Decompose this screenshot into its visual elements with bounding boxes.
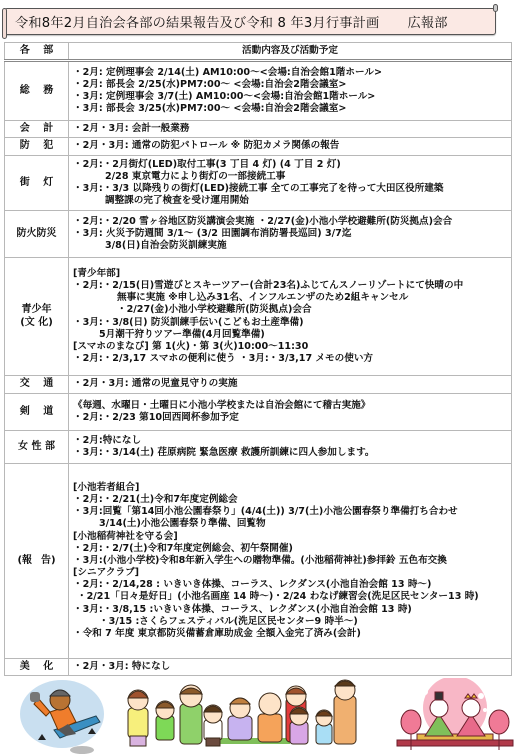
content-line: [スマホのまなび] 第 1(火)・第 3(火)10:00～11:30 (73, 341, 511, 353)
content-line: [小池稲荷神社を守る会] (73, 531, 511, 543)
row-content: ・2月・3月: 通常の児童見守りの実施 (69, 376, 512, 394)
content-line: ・2月:・2/14,28 : いきいき体操、コーラス、レクダンス(小池自治会館 … (73, 579, 511, 591)
row-content: ・2月:・2月街灯(LED)取付工事(3 丁目 4 灯) (4 丁目 2 灯) … (69, 156, 512, 211)
content-line: ・2月・3月: 通常の防犯パトロール ※ 防犯カメラ関係の報告 (73, 140, 511, 152)
content-line: 5月潮干狩りツアー準備(4月回覧準備) (73, 329, 511, 341)
content-line: ・2月:・2月街灯(LED)取付工事(3 丁目 4 灯) (4 丁目 2 灯) (73, 159, 511, 171)
label-subtext: (文 化) (5, 317, 68, 329)
content-line: ・2月・3月: 通常の児童見守りの実施 (73, 378, 511, 390)
row-label: 剣 道 (5, 394, 69, 431)
label-char: 美 (20, 661, 30, 673)
label-char: 街 (20, 177, 30, 189)
label-char: 務 (43, 85, 53, 97)
row-label: 女 性 部 (5, 431, 69, 464)
content-line: ・2月:・2/20 雪ヶ谷地区防災講演会実施 ・2/27(金)小池小学校避難所(… (73, 216, 511, 228)
content-line: 2/28 東京電力により街灯の一部接続工事 (73, 171, 511, 183)
hina-dolls-illustration (395, 678, 515, 755)
header-department: 各 部 (5, 43, 69, 61)
activity-report-table: 各 部 活動内容及び活動予定 総 務 ・2月: 定例理事会 2/14(土) AM… (4, 42, 512, 676)
row-label: 交 通 (5, 376, 69, 394)
content-line: ・2月・3月: 会計一般業務 (73, 123, 511, 135)
label-char: 会 (20, 123, 30, 135)
row-content: ・2月: 定例理事会 2/14(土) AM10:00～<会場:自治会館1階ホール… (69, 61, 512, 121)
row-label: 会 計 (5, 121, 69, 138)
label-char: 交 (20, 378, 30, 390)
content-line: ・2月:・2/3,17 スマホの便利に使う ・3月:・3/3,17 メモの使い方 (73, 353, 511, 365)
content-line: ・2月:・2/23 第10回西岡杯参加予定 (73, 412, 511, 424)
row-label: 防 犯 (5, 138, 69, 156)
table-row-koutsuu: 交 通 ・2月・3月: 通常の児童見守りの実施 (5, 376, 512, 394)
content-line: ・2月: 部長会 2/25(水)PM7:00～ <会場:自治会2階会議室> (73, 79, 511, 91)
scroll-curl-right (493, 4, 498, 12)
content-line: 3/8(日)自治会防災訓練実施 (73, 240, 511, 252)
row-content: ・2月・3月: 特になし (69, 659, 512, 676)
snowboarder-illustration (10, 678, 110, 755)
table-row-soumu: 総 務 ・2月: 定例理事会 2/14(土) AM10:00～<会場:自治会館1… (5, 61, 512, 121)
content-line: ・2月・3月: 特になし (73, 661, 511, 673)
label-char: 道 (43, 406, 53, 418)
label-text: 青少年 (5, 304, 68, 316)
row-label: 総 務 (5, 61, 69, 121)
department-name: 広報部 (407, 12, 447, 31)
label-char: 総 (20, 85, 30, 97)
row-content: [青少年部] ・2月:・2/15(日)雪遊びとスキーツアー(合計23名)ふじてん… (69, 258, 512, 376)
table-row-kaikei: 会 計 ・2月・3月: 会計一般業務 (5, 121, 512, 138)
content-line: [青少年部] (73, 268, 511, 280)
table-row-bouka-bousai: 防火防災 ・2月:・2/20 雪ヶ谷地区防災講演会実施 ・2/27(金)小池小学… (5, 211, 512, 258)
content-line: ・2月: 定例理事会 2/14(土) AM10:00～<会場:自治会館1階ホール… (73, 67, 511, 79)
scroll-curl-left (2, 8, 7, 39)
row-content: 《毎週、水曜日・土曜日に小池小学校または自治会館にて稽古実施》 ・2月:・2/2… (69, 394, 512, 431)
label-char: 通 (43, 378, 53, 390)
label-text: 防火防災 (17, 228, 57, 239)
label-char: 灯 (43, 177, 53, 189)
content-line: ・3月: 定例理事会 3/7(土) AM10:00～<会場:自治会館1階ホール> (73, 91, 511, 103)
family-group-illustration (120, 678, 370, 755)
table-row-kendou: 剣 道 《毎週、水曜日・土曜日に小池小学校または自治会館にて稽古実施》 ・2月:… (5, 394, 512, 431)
content-line: ・3月: 部長会 3/25(水)PM7:00～ <会場:自治会2階会議室> (73, 103, 511, 115)
content-line: ・3月:・3/8,15 :いきいき体操、コーラス、レクダンス(小池自治会館 13… (73, 604, 511, 616)
table-row-joseibu: 女 性 部 ・2月:特になし ・3月:・3/14(土) 荏原病院 緊急医療 救護… (5, 431, 512, 464)
header-dept-char-2: 部 (43, 45, 53, 57)
content-line: ・3月:・3/8(日) 防災訓練手伝い(こどもお土産準備) (73, 317, 511, 329)
content-line: [小池若者組合] (73, 482, 511, 494)
illustrations-strip (0, 678, 520, 755)
content-line: ・3月: 火災予防週間 3/1～ (3/2 田園調布消防署長巡回) 3/7迄 (73, 228, 511, 240)
content-line: ・3/15 :さくらフェスティバル(洗足区民センター9 時半～) (73, 616, 511, 628)
content-line: ・2月:・2/15(日)雪遊びとスキーツアー(合計23名)ふじてんスノーリゾート… (73, 280, 511, 292)
content-line: ・2月:・2/21(土)令和7年度定例総会 (73, 494, 511, 506)
label-char: 防 (20, 140, 30, 152)
content-line: ・3月:・3/3 以降残りの街灯(LED)接続工事 全ての工事完了を待って大田区… (73, 183, 511, 195)
row-label: 防火防災 (5, 211, 69, 258)
row-label: 美 化 (5, 659, 69, 676)
row-label: 街 灯 (5, 156, 69, 211)
table-header-row: 各 部 活動内容及び活動予定 (5, 43, 512, 61)
content-line: ・2/21「日々是好日」(小池名画座 14 時～)・2/24 わなげ練習会(洗足… (73, 591, 511, 603)
row-content: ・2月:特になし ・3月:・3/14(土) 荏原病院 緊急医療 救護所訓練に四人… (69, 431, 512, 464)
row-label: 青少年 (文 化) (5, 258, 69, 376)
content-line: [シニアクラブ] (73, 567, 511, 579)
label-char: 犯 (43, 140, 53, 152)
content-line: 調整課の完了検査を受け運用開始 (73, 195, 511, 207)
content-line: ・3月:回覧「第14回小池公園春祭り」(4/4(土)) 3/7(土)小池公園春祭… (73, 506, 511, 518)
row-label: (報 告) (5, 464, 69, 659)
content-line: ・2月:・2/7(土)令和7年度定例総会、初午祭開催) (73, 543, 511, 555)
page-title-banner: 令和8年2月自治会各部の結果報告及び令和 8 年3月行事計画 広報部 (4, 8, 496, 35)
table-row-bouhan: 防 犯 ・2月・3月: 通常の防犯パトロール ※ 防犯カメラ関係の報告 (5, 138, 512, 156)
row-content: ・2月・3月: 会計一般業務 (69, 121, 512, 138)
content-line: 《毎週、水曜日・土曜日に小池小学校または自治会館にて稽古実施》 (73, 400, 511, 412)
label-char: 剣 (20, 406, 30, 418)
header-dept-char-1: 各 (20, 45, 30, 57)
header-activities: 活動内容及び活動予定 (69, 43, 512, 61)
content-line: 3/14(土)小池公園春祭り準備、回覧物 (73, 518, 511, 530)
content-line: ・2月:特になし (73, 435, 511, 447)
content-line: 無事に実施 ※申し込み31名、インフルエンザのため2組キャンセル (73, 292, 511, 304)
table-row-gaitou: 街 灯 ・2月:・2月街灯(LED)取付工事(3 丁目 4 灯) (4 丁目 2… (5, 156, 512, 211)
label-char: 計 (43, 123, 53, 135)
content-line: ・3月:・3/14(土) 荏原病院 緊急医療 救護所訓練に四人参加します。 (73, 447, 511, 459)
row-content: ・2月・3月: 通常の防犯パトロール ※ 防犯カメラ関係の報告 (69, 138, 512, 156)
page-title: 令和8年2月自治会各部の結果報告及び令和 8 年3月行事計画 (15, 12, 379, 31)
row-content: [小池若者組合] ・2月:・2/21(土)令和7年度定例総会 ・3月:回覧「第1… (69, 464, 512, 659)
label-text: 女 性 部 (18, 441, 55, 452)
table-row-seishounen: 青少年 (文 化) [青少年部] ・2月:・2/15(日)雪遊びとスキーツアー(… (5, 258, 512, 376)
content-line: ・3月:(小池小学校)令和8年新入学生への贈物準備。(小池稲荷神社)参拝鈴 五色… (73, 555, 511, 567)
label-char: 告) (41, 555, 56, 567)
table-row-houkoku: (報 告) [小池若者組合] ・2月:・2/21(土)令和7年度定例総会 ・3月… (5, 464, 512, 659)
label-char: (報 (17, 555, 32, 567)
row-content: ・2月:・2/20 雪ヶ谷地区防災講演会実施 ・2/27(金)小池小学校避難所(… (69, 211, 512, 258)
content-line: ・2/27(金)小池小学校避難所(防災拠点)会合 (73, 304, 511, 316)
table-row-bika: 美 化 ・2月・3月: 特になし (5, 659, 512, 676)
label-char: 化 (43, 661, 53, 673)
content-line: ・令和 7 年度 東京都防災備蓄倉庫助成金 全額入金完了済み(会計) (73, 628, 511, 640)
